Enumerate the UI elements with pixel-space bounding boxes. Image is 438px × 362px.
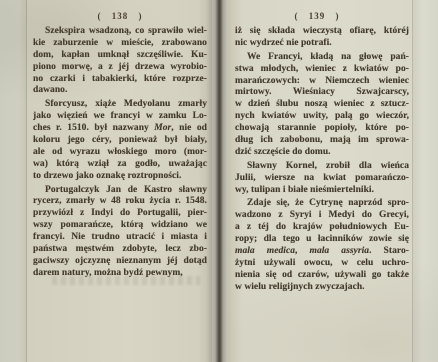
text-line: w dzień ślubu noszą wieniec z sztucz- [235, 99, 409, 111]
text-line: wszy pomarańcze, którą widziano we [33, 220, 207, 232]
text-line: w wielu religijnych zwyczajach. [235, 282, 409, 294]
paragraph: Sławny Kornel, zrobił dla wieńcaJulii, w… [235, 161, 409, 197]
text-line: Szekspira wsadzoną, co sprawiło wiel- [33, 26, 207, 38]
text-line: wy, tulipan i białe nieśmiertelniki. [235, 185, 409, 197]
left-page-edge-stack [0, 0, 27, 362]
right-page-crease [412, 0, 413, 362]
text-line: ropy; dla tego u łacinników zowie się [235, 234, 409, 246]
paragraph: iż się składa wieczystą ofiarę, któréjni… [235, 26, 409, 50]
page-138-text-block: Szekspira wsadzoną, co sprawiło wiel-kie… [33, 26, 207, 280]
text-line: no czarki i tabakierki, które rozprze- [33, 74, 207, 86]
text-line: mala medica, mala assyria. Staro- [235, 246, 409, 258]
text-line: piono morwę, a z jéj drzewa wyrobio- [33, 62, 207, 74]
text-line: iż się składa wieczystą ofiarę, któréj [235, 26, 409, 38]
text-line: Julii, wiersze na kwiat pomarańczo- [235, 173, 409, 185]
text-line: mirtowy. Wieśniacy Szwajcarscy, [235, 87, 409, 99]
text-line: marańczowych: w Niemczech wieniec [235, 76, 409, 88]
text-line: żytni używali owocu, w celu uchro- [235, 258, 409, 270]
page-139-text-block: iż się składa wieczystą ofiarę, któréjni… [235, 26, 409, 294]
text-line: wa) którą wziął za godło, uważając [33, 159, 207, 171]
text-line: dom, kapłan umknął szczęśliwie. Ku- [33, 50, 207, 62]
ink-showthrough [52, 276, 200, 285]
text-line: Portugalczyk Jan de Kastro sławny [33, 185, 207, 197]
paragraph: Szekspira wsadzoną, co sprawiło wiel-kie… [33, 26, 207, 97]
text-line: nych kwiatów uwity, palą go wieczór, [235, 111, 409, 123]
text-line: stwa młodych, wieniec z kwiatów po- [235, 64, 409, 76]
text-line: dawano. [33, 85, 207, 97]
text-line: przywiózł z Indyi do Portugalii, pier- [33, 208, 207, 220]
book-spread: ( 138 ) ( 139 ) Szekspira wsadzoną, co s… [0, 0, 438, 362]
text-line: nic wydrzeć nie potrafi. [235, 38, 409, 50]
text-line: koloru jego céry, ponieważ był biały, [33, 135, 207, 147]
left-page-crease [26, 0, 27, 362]
text-line: państwa męstwém zdobyte, lecz zbo- [33, 244, 207, 256]
text-line: to drzewo jako oznakę roztropności. [33, 171, 207, 183]
paragraph: Zdaje się, że Cytrynę naprzód spro-wadzo… [235, 198, 409, 293]
text-line: dług ich zabobonu, mają im sprowa- [235, 135, 409, 147]
paragraph: Sforcyusz, xiąże Medyolanu zmarłyjako wi… [33, 99, 207, 182]
text-line: wadzono z Syryi i Medyi do Grecyi, [235, 210, 409, 222]
text-line: jako więzień we francyi w zamku Lo- [33, 111, 207, 123]
text-line: Sławny Kornel, zrobił dla wieńca [235, 161, 409, 173]
text-line: chowają starannie popioły, które po- [235, 123, 409, 135]
book-gutter-shadow [206, 0, 232, 362]
text-line: kie zaburzenie w mieście, zrabowano [33, 38, 207, 50]
text-line: rycerz, zmarły w 48 roku życia r. 1548. [33, 196, 207, 208]
text-line: nienia się od czarów, używali go także [235, 270, 409, 282]
text-line: francyi. Nie trudno utracić i miasta i [33, 232, 207, 244]
text-line: dzić szczęście do domu. [235, 147, 409, 159]
text-line: a z téj do krajów południowych Eu- [235, 222, 409, 234]
page-number-139: ( 139 ) [231, 11, 403, 23]
paragraph: We Francyi, kładą na głowę pań-stwa młod… [235, 52, 409, 159]
right-page-edge-stack [412, 0, 438, 362]
text-line: ches r. 1510. był nazwany Mor, nie od [33, 123, 207, 135]
text-line: ale od wyrazu włoskiego moro (mor- [33, 147, 207, 159]
text-line: gaciwszy ojczyznę nieznanym jéj dotąd [33, 256, 207, 268]
text-line: Sforcyusz, xiąże Medyolanu zmarły [33, 99, 207, 111]
paragraph: Portugalczyk Jan de Kastro sławnyrycerz,… [33, 185, 207, 280]
text-line: We Francyi, kładą na głowę pań- [235, 52, 409, 64]
page-number-138: ( 138 ) [33, 11, 207, 23]
text-line: Zdaje się, że Cytrynę naprzód spro- [235, 198, 409, 210]
